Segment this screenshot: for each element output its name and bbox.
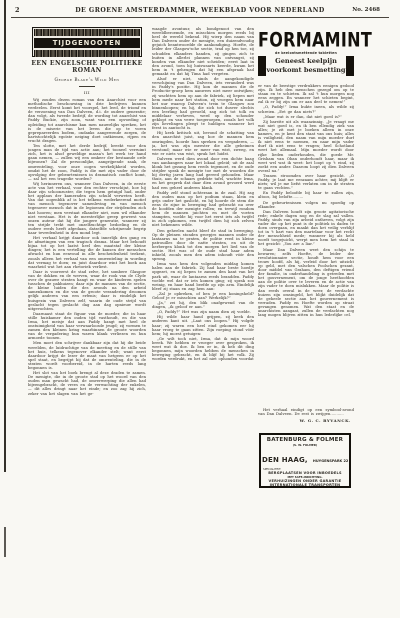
heading-divider: [79, 86, 95, 87]
page-number: 2: [15, 6, 20, 14]
newspaper-page: 2 DE GROENE AMSTERDAMMER, WEEKBLAD VOOR …: [0, 0, 400, 618]
article-heading-line2: ROMAN: [72, 67, 101, 74]
paragraph: Irma was hem den volgenden middag komen …: [152, 262, 254, 291]
formamint-advertisement: FORMAMINT de keelontsmettende tabletten …: [258, 27, 354, 80]
paragraph: „Ja,” zei hij, den blik onafgewend van d…: [152, 301, 254, 309]
paragraph: er van de beestige verdrukkers eenigen g…: [258, 84, 354, 104]
closing-paragraph: Het verhaal eindigt op een symbool-avond…: [258, 408, 354, 416]
black-block-right: [346, 56, 354, 76]
paragraph: Hij wilde haar hand grijpen, zij keek de…: [152, 315, 254, 335]
batenburg-address-row: DEN HAAG, HUYGENSPARK 22: [262, 447, 348, 466]
paragraph: Alsof er niet, sinds de aangekondigde ve…: [152, 77, 254, 130]
paragraph: waagde avontuur, als bondgenoot van den …: [152, 27, 254, 76]
paragraph: En Paddy beloofde bij haar te zullen zij…: [258, 191, 354, 199]
batenburg-name: BATENBURG & FOLMER: [262, 437, 348, 443]
paragraph: „Maar wat is er dan, dat niet goed is?”: [258, 115, 354, 119]
paragraph: Ten slotte, met het derde bedrijf, breek…: [28, 144, 146, 181]
formamint-claim-line2: voorkomt besmetting: [266, 66, 345, 74]
paragraph: Men moet den schrijver dankbaar zijn dat…: [28, 341, 146, 370]
paragraph: Daar is vooreerst de stad zelve, het som…: [28, 270, 146, 311]
formamint-brand: FORMAMINT: [258, 28, 354, 51]
article-closing-line: Het verhaal eindigt op een symbool-avond…: [258, 408, 354, 417]
paragraph: Het slot van het boek brengt al deze dra…: [28, 371, 146, 396]
paragraph: Het verhaal krijgt daardoor ook innerlij…: [28, 236, 146, 269]
scan-edge-line: [4, 0, 6, 472]
column-left: TIJDGENOOTEN EEN ENGELSCHE POLITIEKE ROM…: [28, 27, 146, 456]
newspaper-title: DE GROENE AMSTERDAMMER, WEEKBLAD VOOR NE…: [30, 7, 370, 14]
black-block-left: [258, 56, 266, 76]
formamint-claim-line1: Geneest keelpijn: [275, 57, 337, 65]
article-heading: EEN ENGELSCHE POLITIEKE ROMAN: [28, 60, 146, 74]
batenburg-street: HUYGENSPARK 22: [313, 459, 348, 463]
column-middle: waagde avontuur, als bondgenoot van den …: [152, 27, 254, 487]
batenburg-service-4: INTERNATIONALE TRANSPORTEN: [262, 483, 348, 487]
article-text-left: Wij zouden dezen roman van den Anarchist…: [28, 98, 146, 456]
formamint-claim-row: Geneest keelpijn voorkomt besmetting: [258, 56, 354, 76]
paragraph: „O, Paddy?” Het was zijn naam dien zij v…: [152, 310, 254, 314]
formamint-tagline: de keelontsmettende tabletten: [258, 51, 354, 55]
batenburg-city: DEN HAAG,: [262, 456, 308, 464]
paragraph: Zij barstte uit als waanzinnig. „Je vraa…: [258, 120, 354, 173]
scan-edge-line-fragment: [4, 527, 6, 557]
paragraph: Paddy zelf stond achteraan in de zaal. H…: [152, 191, 254, 228]
paragraph: „O, Paddy!” Irma bukte ineen, als wilde …: [258, 105, 354, 113]
crowd-illustration-bottom: [34, 49, 140, 57]
paragraph: Den geheelen nacht bleef de stad in bewe…: [152, 229, 254, 262]
crowd-illustration-top: [34, 29, 140, 37]
batenburg-subname: (S. W. FOLMER): [262, 443, 348, 447]
batenburg-folmer-advertisement: BATENBURG & FOLMER (S. W. FOLMER) DEN HA…: [259, 433, 351, 488]
paragraph: „Zal je opbreken, of ben je een koningsh…: [152, 292, 254, 300]
paragraph: Tranen stroomden over haar gezicht. „O P…: [258, 174, 354, 190]
paragraph: Daarnaast staat de figuur van de moeder,…: [28, 312, 146, 341]
paragraph: Dan Dalveen houdt zijn groote agitatoris…: [258, 210, 354, 247]
article-subheading: George Blake’s Wild Men: [28, 78, 146, 83]
article-text-right: er van de beestige verdrukkers eenigen g…: [258, 84, 354, 406]
paragraph: Hij keek kritisch uit, bevond de schatti…: [152, 131, 254, 156]
issue-number: No. 2468: [352, 7, 380, 13]
paragraph: Dalveen werd dien avond door een dichte …: [152, 157, 254, 190]
paragraph: „Ge wilt toch niet, Irma, dat ik mijn wo…: [152, 337, 254, 362]
paragraph: De gebeurtenissen volgen nu spoedig op e…: [258, 201, 354, 209]
paragraph: Maar Dan Dalveen weet den schijn te bewa…: [258, 248, 354, 318]
article-heading-line1: EEN ENGELSCHE POLITIEKE: [31, 60, 142, 67]
formamint-claim: Geneest keelpijn voorkomt besmetting: [266, 57, 346, 75]
header-rule: [11, 17, 389, 18]
author-signature: W. G. C. BYVANCK.: [300, 418, 351, 423]
masthead-title: TIJDGENOOTEN: [34, 38, 140, 49]
section-number: III: [28, 90, 146, 95]
tijdgenooten-masthead-illustration: TIJDGENOOTEN: [32, 27, 142, 57]
paragraph: Wij zouden dezen roman van den Anarchist…: [28, 98, 146, 143]
paragraph: Wij herinneren ons, wanneer Dan Dalveen,…: [28, 182, 146, 235]
article-text-middle: waagde avontuur, als bondgenoot van den …: [152, 27, 254, 487]
